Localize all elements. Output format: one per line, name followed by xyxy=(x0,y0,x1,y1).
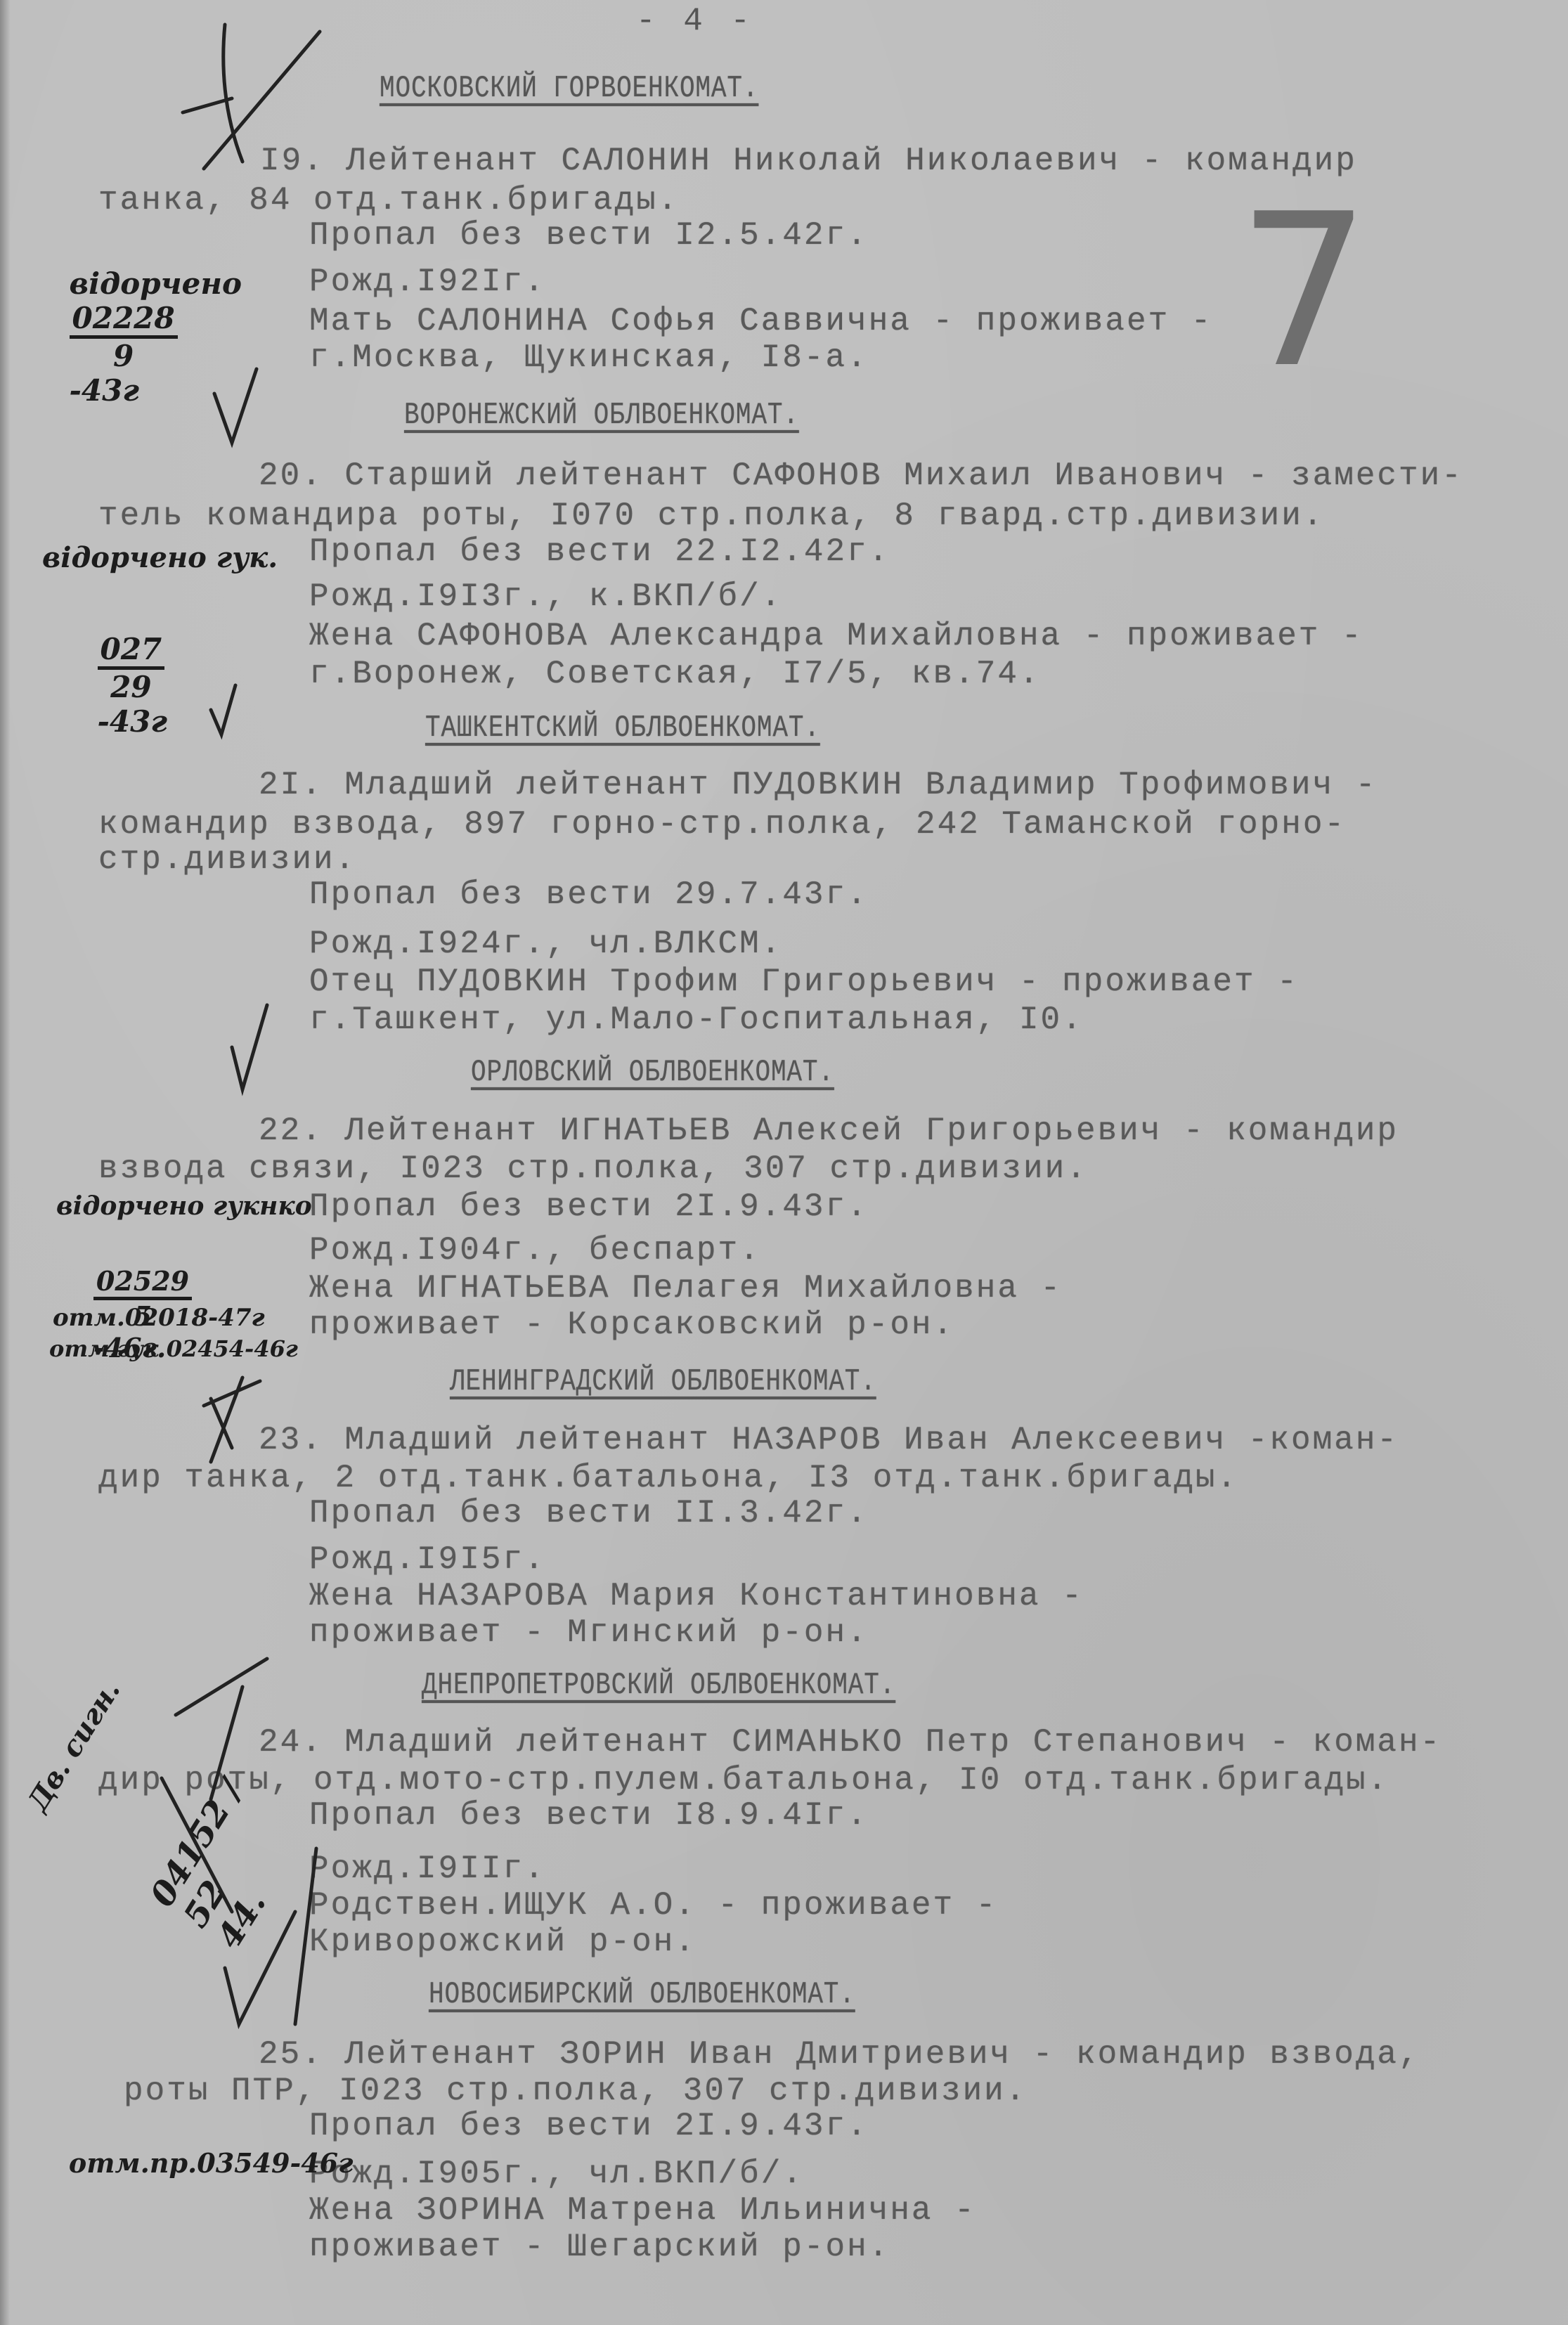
entry-22-missing: Пропал без вести 2I.9.43г. xyxy=(309,1188,869,1226)
entry-20-line1: 20. Старший лейтенант САФОНОВ Михаил Ива… xyxy=(259,457,1463,495)
section-heading-leningrad: ЛЕНИНГРАДСКИЙ ОБЛВОЕНКОМАТ. xyxy=(450,1364,876,1400)
entry-19-born: Рожд.I92Iг. xyxy=(309,263,546,301)
section-heading-moscow: МОСКОВСКИЙ ГОРВОЕНКОМАТ. xyxy=(380,70,758,107)
check-mark-21 xyxy=(211,685,235,734)
entry-24-missing: Пропал без вести I8.9.4Iг. xyxy=(309,1796,869,1834)
section-heading-voronezh: ВОРОНЕЖСКИЙ ОБЛВОЕНКОМАТ. xyxy=(404,397,799,434)
cross-mark-23 xyxy=(204,1378,260,1462)
entry-20-missing: Пропал без вести 22.I2.42г. xyxy=(309,533,890,571)
entry-19-address: г.Москва, Щукинская, I8-а. xyxy=(309,339,869,377)
entry-21-line3: стр.дивизии. xyxy=(98,841,356,879)
entry-20-relative: Жена САФОНОВА Александра Михайловна - пр… xyxy=(309,617,1363,655)
section-heading-tashkent: ТАШКЕНТСКИЙ ОБЛВОЕНКОМАТ. xyxy=(425,710,820,746)
margin-note-25: отм.пр.03549-46г xyxy=(32,2116,354,2210)
entry-23-relative: Жена НАЗАРОВА Мария Константиновна - xyxy=(309,1577,1084,1615)
entry-20-address: г.Воронеж, Советская, I7/5, кв.74. xyxy=(309,655,1041,693)
entry-24-address: Криворожский р-он. xyxy=(309,1923,696,1961)
entry-25-address: проживает - Шегарский р-он. xyxy=(309,2228,890,2266)
entry-21-relative: Отец ПУДОВКИН Трофим Григорьевич - прожи… xyxy=(309,963,1299,1001)
section-heading-orel: ОРЛОВСКИЙ ОБЛВОЕНКОМАТ. xyxy=(471,1054,834,1091)
entry-23-missing: Пропал без вести II.3.42г. xyxy=(309,1494,869,1532)
page-number: - 4 - xyxy=(636,3,754,39)
entry-22-relative: Жена ИГНАТЬЕВА Пелагея Михайловна - xyxy=(309,1269,1062,1307)
check-mark-22 xyxy=(232,1005,267,1089)
entry-23-address: проживает - Мгинский р-он. xyxy=(309,1614,869,1652)
scan-edge xyxy=(0,0,10,2325)
entry-21-address: г.Ташкент, ул.Мало-Госпитальная, I0. xyxy=(309,1001,1084,1039)
entry-22-born: Рожд.I904г., беспарт. xyxy=(309,1231,761,1269)
margin-note-22-prefix: вiдорчено гукнко xyxy=(56,1191,312,1221)
large-pencil-number: 7 xyxy=(1237,169,1371,414)
entry-25-missing: Пропал без вести 2I.9.43г. xyxy=(309,2107,869,2145)
entry-23-line1: 23. Младший лейтенант НАЗАРОВ Иван Алекс… xyxy=(259,1421,1399,1459)
entry-21-line2: командир взвода, 897 горно-стр.полка, 24… xyxy=(98,805,1346,843)
entry-25-relative: Жена ЗОРИНА Матрена Ильинична - xyxy=(309,2191,976,2229)
entry-21-born: Рожд.I924г., чл.ВЛКСМ. xyxy=(309,925,782,963)
entry-21-line1: 2I. Младший лейтенант ПУДОВКИН Владимир … xyxy=(259,766,1377,804)
entry-25-line1: 25. Лейтенант ЗОРИН Иван Дмитриевич - ко… xyxy=(259,2035,1420,2073)
entry-19-missing: Пропал без вести I2.5.42г. xyxy=(309,216,869,254)
entry-23-born: Рожд.I9I5г. xyxy=(309,1541,546,1579)
entry-25-born: Рожд.I905г., чл.ВКП/б/. xyxy=(309,2155,804,2193)
entry-24-relative: Родствен.ИЩУК А.О. - проживает - xyxy=(309,1886,997,1924)
section-heading-novosibirsk: НОВОСИБИРСКИЙ ОБЛВОЕНКОМАТ. xyxy=(429,1976,855,2013)
entry-22-line1: 22. Лейтенант ИГНАТЬЕВ Алексей Григорьев… xyxy=(259,1112,1399,1150)
entry-23-line2: дир танка, 2 отд.танк.батальона, I3 отд.… xyxy=(98,1459,1238,1497)
margin-note-22-extra2: отм.гук 02454-46г xyxy=(49,1335,298,1362)
entry-20-born: Рожд.I9I3г., к.ВКП/б/. xyxy=(309,578,782,616)
margin-note-20-prefix: вiдорчено гук. xyxy=(42,541,278,574)
entry-19-relative: Мать САЛОНИНА Софья Саввична - проживает… xyxy=(309,302,1212,340)
entry-24-line1: 24. Младший лейтенант СИМАНЬКО Петр Степ… xyxy=(259,1723,1441,1761)
entry-25-line2: роты ПТР, I023 стр.полка, 307 стр.дивизи… xyxy=(124,2072,1027,2110)
entry-22-line2: взвода связи, I023 стр.полка, 307 стр.ди… xyxy=(98,1150,1088,1188)
section-heading-dnepropetrovsk: ДНЕПРОПЕТРОВСКИЙ ОБЛВОЕНКОМАТ. xyxy=(422,1667,895,1704)
entry-19-line1: I9. Лейтенант САЛОНИН Николай Николаевич… xyxy=(260,142,1357,180)
margin-note-20: 02729 -43г xyxy=(56,597,167,773)
entry-24-line2: дир роты, отд.мото-стр.пулем.батальона, … xyxy=(98,1761,1389,1799)
document-page: - 4 - МОСКОВСКИЙ ГОРВОЕНКОМАТ. I9. Лейте… xyxy=(0,0,1568,2325)
entry-22-address: проживает - Корсаковский р-он. xyxy=(309,1306,954,1344)
margin-note-19: вiдорчено 022289 -43г xyxy=(28,232,242,442)
entry-19-line2: танка, 84 отд.танк.бригады. xyxy=(98,181,679,219)
margin-note-22-extra1: отм.02018-47г xyxy=(53,1304,265,1332)
entry-21-missing: Пропал без вести 29.7.43г. xyxy=(309,876,869,914)
entry-20-line2: тель командира роты, I070 стр.полка, 8 г… xyxy=(98,497,1324,535)
